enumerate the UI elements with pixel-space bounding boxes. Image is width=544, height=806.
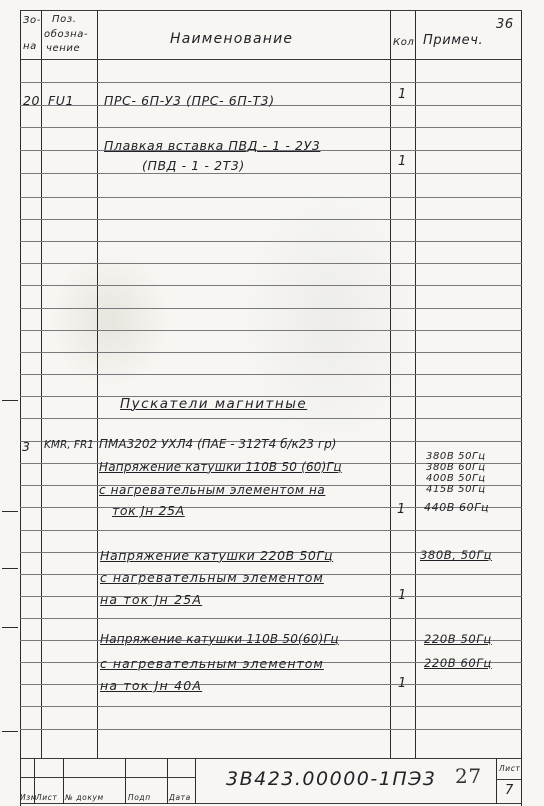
header-pos-line2: обозна- — [44, 29, 88, 40]
sheet-value: 7 — [505, 783, 514, 798]
section-heading: Пускатели магнитные — [120, 396, 307, 412]
grid-line — [20, 10, 21, 806]
row-name: ток Jн 25А — [112, 503, 185, 518]
margin-tick — [2, 511, 18, 512]
row-line — [20, 729, 522, 730]
grid-line — [415, 10, 416, 758]
grid-line — [390, 10, 391, 758]
row-name: ПРС- 6П-У3 (ПРС- 6П-Т3) — [104, 93, 275, 108]
row-line — [20, 263, 522, 264]
row-name: с нагревательным элементом — [100, 656, 324, 671]
row-line — [20, 173, 522, 174]
sheet-label: Лист — [499, 764, 520, 773]
grid-line — [63, 758, 64, 804]
stamp-label-date: Дата — [169, 793, 191, 802]
row-zone: 20 — [23, 93, 40, 108]
row-note: 400В 50Гц — [426, 474, 486, 484]
row-pos: KMR, FR1 — [44, 439, 94, 451]
row-line — [20, 330, 522, 331]
row-line — [20, 197, 522, 198]
row-qty: 1 — [398, 588, 407, 603]
row-name: ПМА3202 УХЛ4 (ПАЕ - 312Т4 б/к23 гр) — [99, 437, 336, 451]
grid-line — [496, 758, 497, 804]
row-line — [20, 308, 522, 309]
row-note: 220В 60Гц — [424, 656, 492, 670]
row-name: Напряжение катушки 110В 50 (60)Гц — [99, 460, 342, 474]
margin-tick — [2, 627, 18, 628]
grid-line — [125, 758, 126, 804]
row-line — [20, 596, 522, 597]
grid-line — [195, 758, 196, 804]
row-line — [20, 706, 522, 707]
row-note: 440В 60Гц — [424, 503, 489, 513]
row-line — [20, 241, 522, 242]
grid-line — [521, 10, 522, 806]
row-name: с нагревательным элементом — [100, 570, 324, 585]
grid-line — [20, 758, 522, 759]
row-line — [20, 219, 522, 220]
grid-line — [41, 10, 42, 758]
grid-line — [496, 779, 522, 780]
header-pos-line1: Поз. — [52, 14, 77, 25]
row-line — [20, 285, 522, 286]
row-line — [20, 127, 522, 128]
row-note: 380В 50Гц — [426, 452, 486, 462]
row-note: 380В 60Гц — [426, 463, 486, 473]
row-line — [20, 684, 522, 685]
grid-line — [167, 758, 168, 804]
header-qty: Кол — [393, 37, 414, 48]
row-line — [20, 374, 522, 375]
row-qty: 1 — [398, 154, 407, 169]
row-note: 380В, 50Гц — [420, 548, 492, 562]
row-qty: 1 — [397, 502, 406, 517]
row-line — [20, 618, 522, 619]
margin-tick — [2, 568, 18, 569]
row-name: Плавкая вставка ПВД - 1 - 2У3 — [104, 138, 320, 153]
row-qty: 1 — [398, 676, 407, 691]
row-name: (ПВД - 1 - 2Т3) — [142, 158, 245, 173]
header-zone-line1: Зо- — [23, 15, 41, 26]
row-name: Напряжение катушки 110В 50(60)Гц — [100, 632, 339, 646]
row-line — [20, 82, 522, 83]
grid-line — [20, 59, 522, 60]
header-pos-line3: чение — [46, 43, 80, 54]
row-qty: 1 — [398, 87, 407, 102]
specification-sheet: Зо- на Поз. обозна- чение Наименование К… — [0, 0, 544, 806]
header-zone-line2: на — [23, 41, 37, 52]
sheet-number-top: 36 — [496, 17, 514, 32]
header-name: Наименование — [170, 31, 293, 47]
row-line — [20, 530, 522, 531]
stamp-label-sign: Подп — [128, 793, 151, 802]
row-name: на ток Jн 25А — [100, 592, 202, 607]
handwritten-number: 27 — [455, 764, 482, 788]
row-note: 415В 50Гц — [426, 485, 486, 495]
row-zone: 3 — [22, 439, 31, 454]
row-line — [20, 352, 522, 353]
margin-tick — [2, 400, 18, 401]
row-name: с нагревательным элементом на — [99, 483, 325, 497]
grid-line — [20, 803, 522, 804]
stamp-label-list: Лист — [36, 793, 57, 802]
row-pos: FU1 — [48, 93, 74, 108]
document-number: 3В423.00000-1ПЭ3 — [226, 768, 436, 790]
grid-line — [20, 10, 522, 11]
stamp-label-doc: № докум — [65, 793, 104, 802]
header-note: Примеч. — [423, 33, 483, 48]
row-note: 220В 50Гц — [424, 632, 492, 646]
row-line — [20, 418, 522, 419]
row-name: на ток Jн 40А — [100, 678, 202, 693]
grid-line — [97, 10, 98, 758]
row-name: Напряжение катушки 220В 50Гц — [100, 548, 333, 563]
grid-line — [20, 777, 195, 778]
margin-tick — [2, 731, 18, 732]
stamp-label-izm: Изм — [20, 793, 37, 802]
